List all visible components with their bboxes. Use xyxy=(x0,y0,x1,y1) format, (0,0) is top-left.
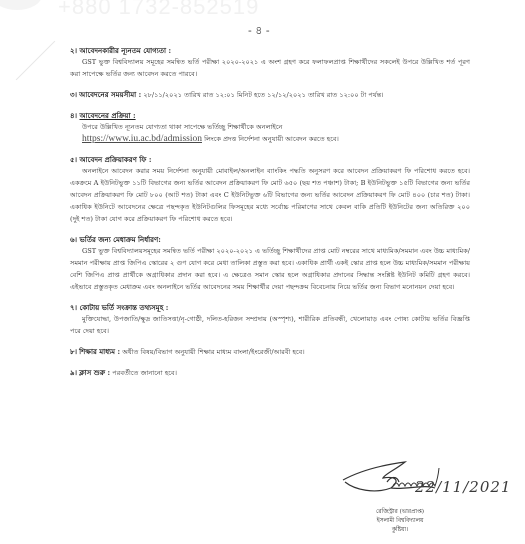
section-paragraph: GST ভুক্ত বিশ্ববিদ্যালয় সমূহের সমন্বিত … xyxy=(70,56,470,80)
signatory-designation: রেজিস্ট্রার (ভারপ্রাপ্ত) ইসলামী বিশ্ববিদ… xyxy=(365,508,435,535)
watermark-circle xyxy=(0,0,42,10)
section-heading: আবেদনের সময়সীমা : xyxy=(79,90,141,99)
section-class-start: ৯। ক্লাস শুরু : পরবর্তীতে জানানো হবে। xyxy=(70,367,470,379)
watermark-phone: +880 1732-852519 xyxy=(58,0,259,20)
section-paragraph: মুক্তিযোদ্ধা, উপজাতি/ক্ষুদ্র জাতিসত্তা/ন… xyxy=(70,313,470,337)
section-min-qualification: ২। আবেদনকারীর ন্যূনতম যোগ্যতা : GST ভুক্… xyxy=(70,45,470,80)
signature-block: 22/11/2021 রেজিস্ট্রার (ভারপ্রাপ্ত) ইসলা… xyxy=(335,458,525,544)
section-heading: ৪। আবেদনের প্রক্রিয়া : xyxy=(70,110,470,121)
admission-link[interactable]: https://www.iu.ac.bd/admission xyxy=(82,134,202,144)
section-paragraph: অনলাইনে আবেদন করার সময় নির্দেশনা অনুযায… xyxy=(70,165,470,225)
section-heading: ৫। আবেদন প্রক্রিয়াকরণ ফি : xyxy=(70,154,470,165)
section-heading: ৭। কোটায় ভর্তি সংক্রান্ত তথ্যসমূহ : xyxy=(70,302,470,313)
section-paragraph: উপরে উল্লিখিত ন্যূনতম যোগ্যতা থাকা সাপেক… xyxy=(70,121,470,133)
section-heading: ৯। xyxy=(70,368,77,377)
section-paragraph: GST ভুক্ত বিশ্ববিদ্যালয়সমূহের সমন্বিত ভ… xyxy=(70,245,470,293)
section-application-process: ৪। আবেদনের প্রক্রিয়া : উপরে উল্লিখিত ন্… xyxy=(70,110,470,145)
class-start-text: পরবর্তীতে জানানো হবে। xyxy=(112,369,177,377)
section-heading: ক্লাস শুরু : xyxy=(79,368,110,377)
section-heading: ৩। xyxy=(70,90,77,99)
section-deadline: ৩। আবেদনের সময়সীমা : ২৮/১১/২০২১ তারিখ র… xyxy=(70,89,470,101)
section-medium: ৮। শিক্ষার মাধ্যম : অধীত বিষয়/বিভাগ অনু… xyxy=(70,346,470,358)
section-merit-list: ৬। ভর্তির জন্য মেধাক্রম নির্ধারণ: GST ভু… xyxy=(70,234,470,293)
page-number: - ৪ - xyxy=(248,22,270,41)
section-heading: ৬। ভর্তির জন্য মেধাক্রম নির্ধারণ: xyxy=(70,234,470,245)
deadline-text: ২৮/১১/২০২১ তারিখ রাত ১২:০১ মিনিট হতে ১২/… xyxy=(143,91,383,99)
notice-body: ২। আবেদনকারীর ন্যূনতম যোগ্যতা : GST ভুক্… xyxy=(70,45,470,388)
medium-text: অধীত বিষয়/বিভাগ অনুযায়ী শিক্ষার মাধ্যম… xyxy=(122,348,305,356)
link-suffix: লিংকে প্রদত্ত নির্দেশনা অনুযায়ী আবেদন ক… xyxy=(204,135,339,143)
section-heading: ৮। xyxy=(70,347,77,356)
section-heading: ২। আবেদনকারীর ন্যূনতম যোগ্যতা : xyxy=(70,45,470,56)
handwritten-date: 22/11/2021 xyxy=(415,478,511,496)
fold-line xyxy=(16,41,56,81)
section-heading: শিক্ষার মাধ্যম : xyxy=(79,347,120,356)
section-quota: ৭। কোটায় ভর্তি সংক্রান্ত তথ্যসমূহ : মুক… xyxy=(70,302,470,337)
section-processing-fee: ৫। আবেদন প্রক্রিয়াকরণ ফি : অনলাইনে আবেদ… xyxy=(70,154,470,225)
